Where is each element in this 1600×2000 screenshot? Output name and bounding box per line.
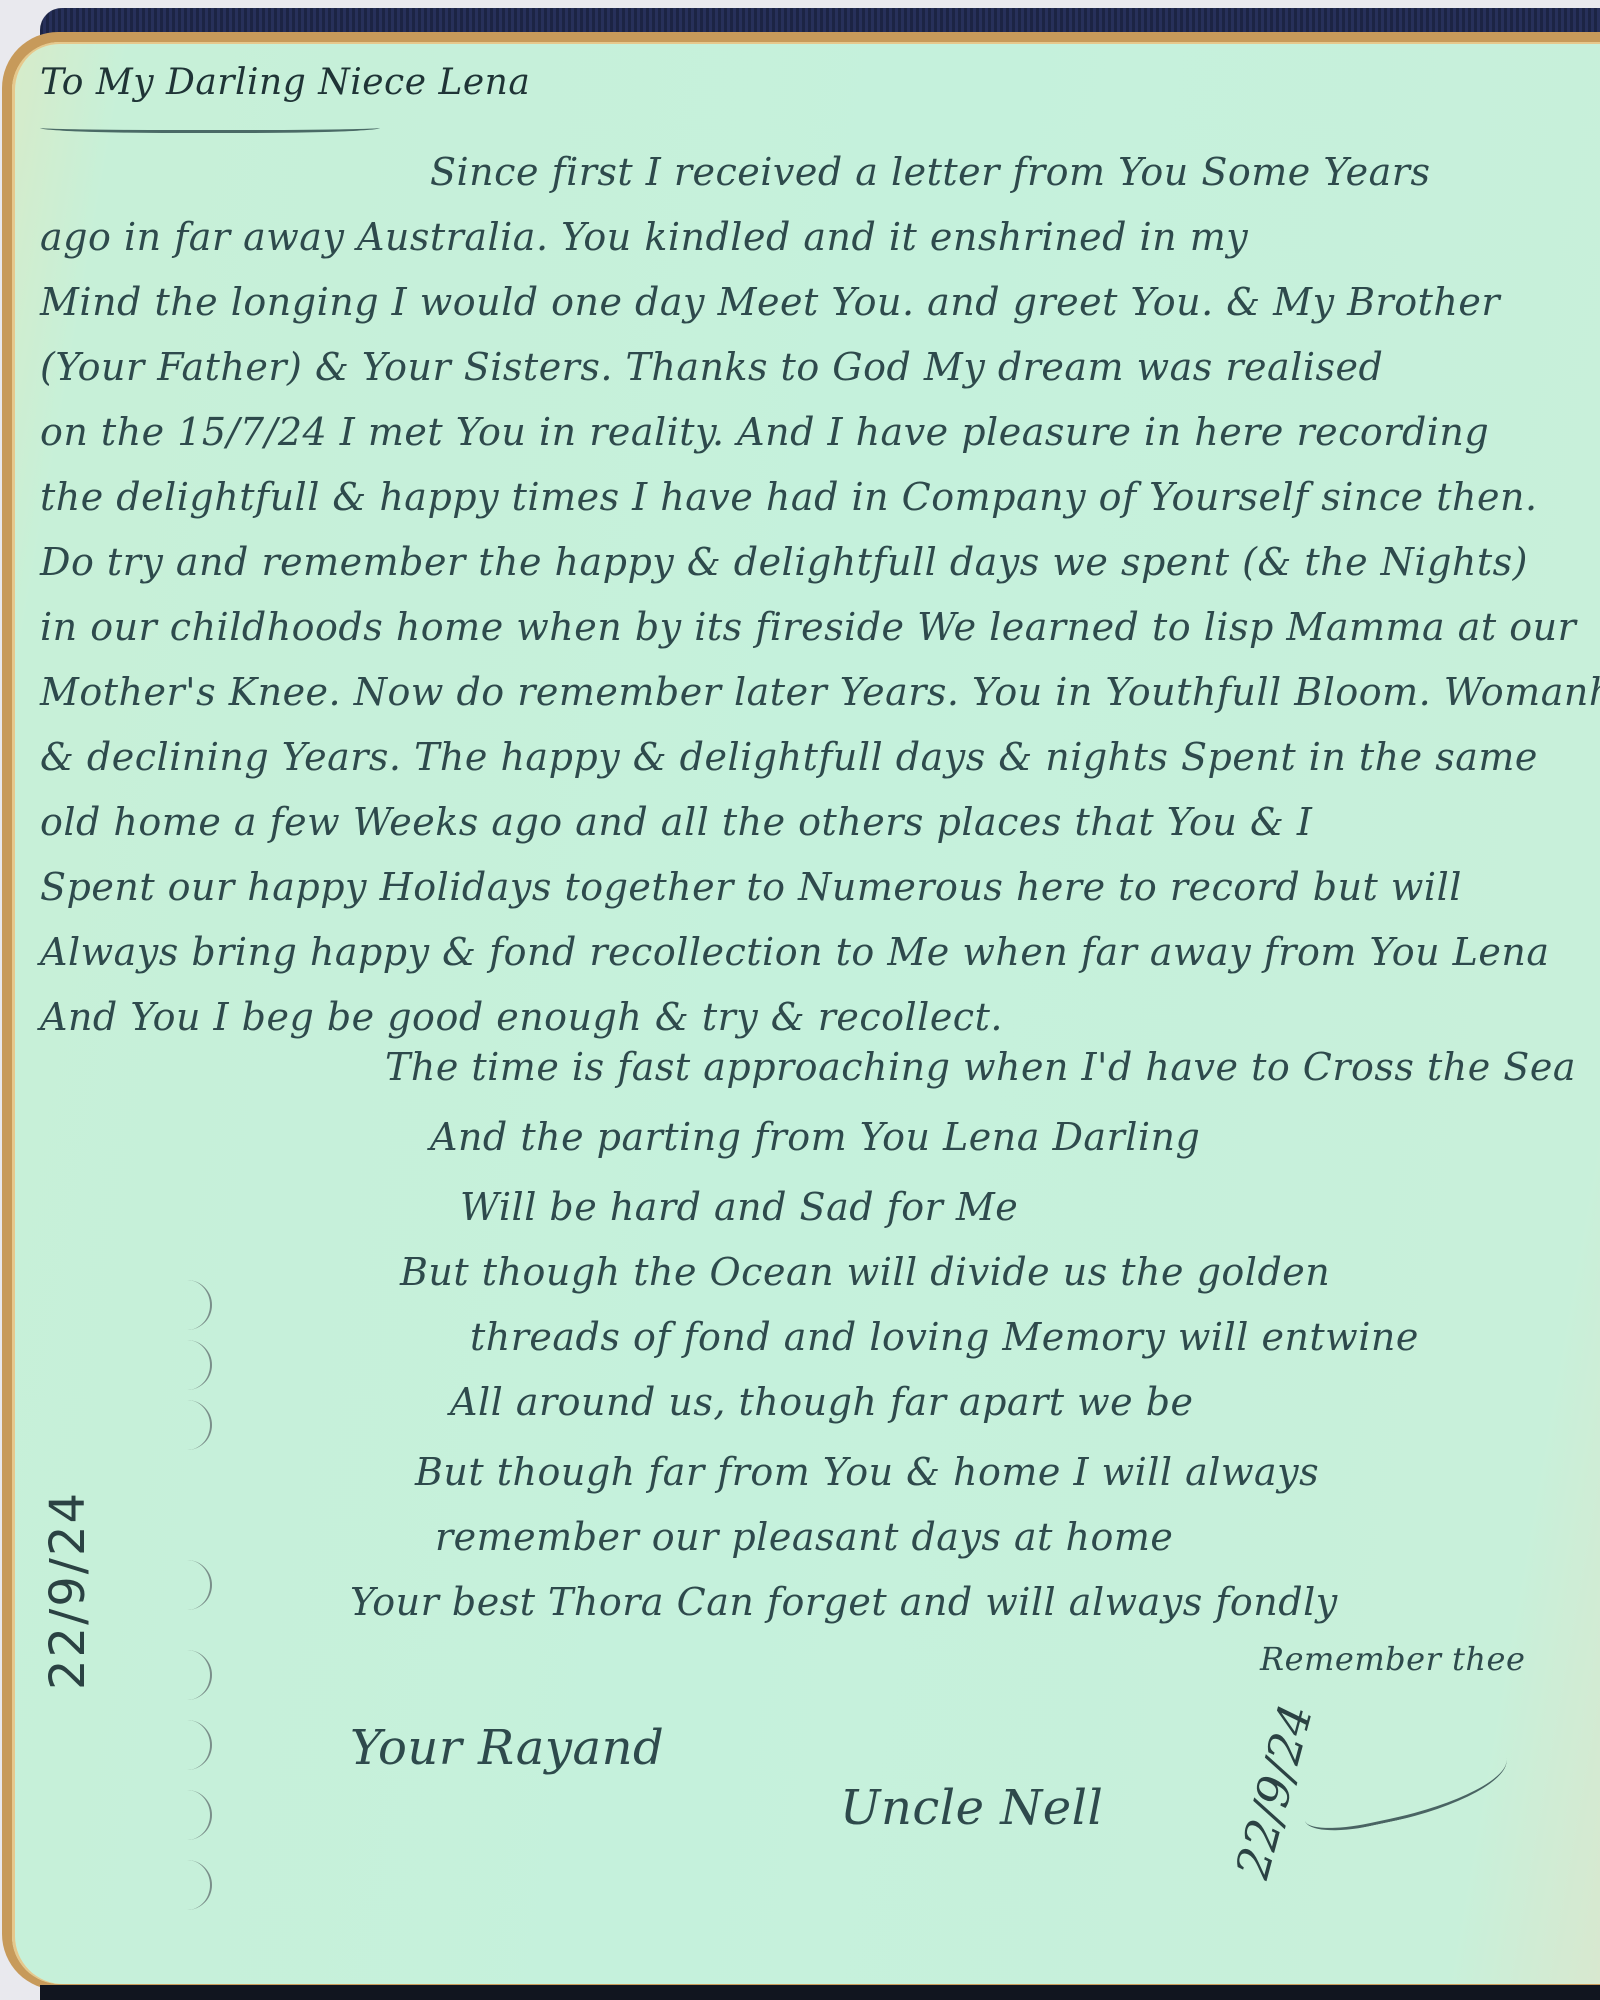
letter-line: Do try and remember the happy & delightf… — [40, 540, 1528, 584]
letter-line: Since first I received a letter from You… — [430, 150, 1430, 194]
poem-line: And the parting from You Lena Darling — [430, 1115, 1200, 1159]
letter-line: old home a few Weeks ago and all the oth… — [40, 800, 1312, 844]
salutation-underline — [40, 120, 380, 133]
poem-line: Your best Thora Can forget and will alwa… — [350, 1580, 1338, 1624]
poem-line: remember our pleasant days at home — [435, 1515, 1173, 1559]
signature-line: Uncle Nell — [840, 1780, 1103, 1836]
letter-line: the delightfull & happy times I have had… — [40, 475, 1538, 519]
letter-line: on the 15/7/24 I met You in reality. And… — [40, 410, 1489, 454]
poem-line: The time is fast approaching when I'd ha… — [385, 1045, 1576, 1089]
poem-line: All around us, though far apart we be — [450, 1380, 1194, 1424]
letter-line: in our childhoods home when by its fires… — [40, 605, 1576, 649]
letter-line: & declining Years. The happy & delightfu… — [40, 735, 1538, 779]
poem-line: threads of fond and loving Memory will e… — [470, 1315, 1419, 1359]
letter-line: Mind the longing I would one day Meet Yo… — [40, 280, 1500, 324]
letter-line: ago in far away Australia. You kindled a… — [40, 215, 1248, 259]
cover-bottom-edge — [40, 1985, 1600, 2000]
poem-line: Will be hard and Sad for Me — [460, 1185, 1018, 1229]
margin-date: 22/9/24 — [40, 1491, 96, 1690]
letter-line: Always bring happy & fond recollection t… — [40, 930, 1550, 974]
letter-line: Spent our happy Holidays together to Num… — [40, 865, 1462, 909]
letter-line: (Your Father) & Your Sisters. Thanks to … — [40, 345, 1383, 389]
closing-line: Remember thee — [1260, 1640, 1525, 1678]
poem-line: But though the Ocean will divide us the … — [400, 1250, 1330, 1294]
poem-line: But though far from You & home I will al… — [415, 1450, 1319, 1494]
letter-line: Mother's Knee. Now do remember later Yea… — [40, 670, 1600, 714]
signature-line: Your Rayand — [350, 1720, 664, 1776]
salutation: To My Darling Niece Lena — [40, 62, 530, 103]
letter-line: And You I beg be good enough & try & rec… — [40, 995, 1003, 1039]
